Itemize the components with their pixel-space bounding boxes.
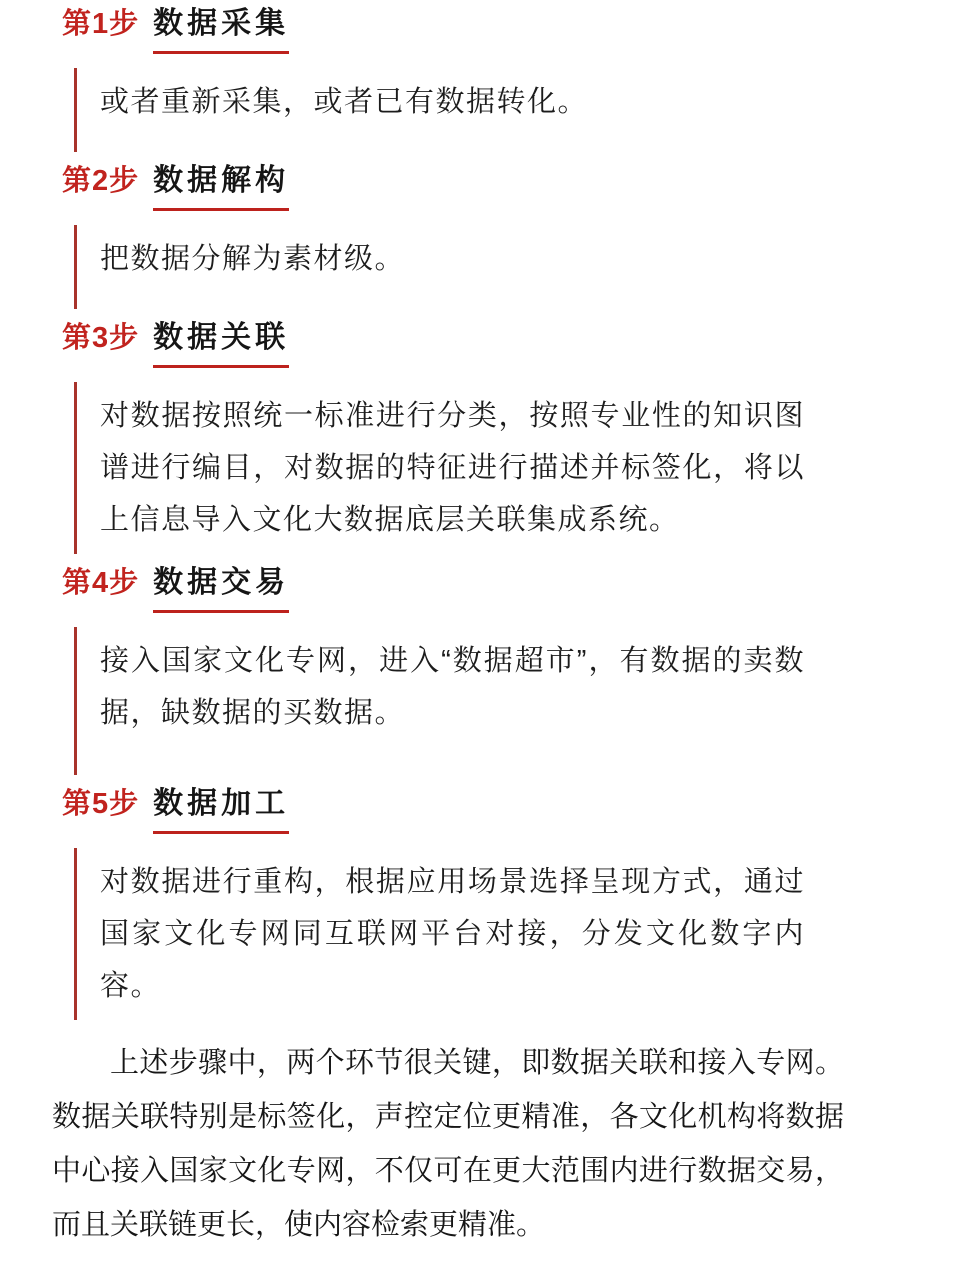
step-4-number-label: 第4步 bbox=[62, 565, 139, 601]
step-3-title-underline bbox=[153, 365, 289, 368]
step-3-body: 对数据按照统一标准进行分类，按照专业性的知识图谱进行编目，对数据的特征进行描述并… bbox=[0, 382, 970, 554]
step-5-header: 第5步 数据加工 bbox=[0, 786, 970, 834]
closing-paragraph: 上述步骤中，两个环节很关键，即数据关联和接入专网。数据关联特别是标签化，声控定位… bbox=[52, 1036, 844, 1252]
step-5-number-label: 第5步 bbox=[62, 786, 139, 822]
step-3-number-label: 第3步 bbox=[62, 320, 139, 356]
step-4-section: 第4步 数据交易 接入国家文化专网，进入“数据超市”，有数据的卖数据，缺数据的买… bbox=[0, 565, 970, 775]
step-2-body-text: 把数据分解为素材级。 bbox=[77, 225, 805, 309]
step-5-section: 第5步 数据加工 对数据进行重构，根据应用场景选择呈现方式，通过国家文化专网同互… bbox=[0, 786, 970, 1020]
step-2-title: 数据解构 bbox=[153, 163, 289, 199]
step-3-body-text: 对数据按照统一标准进行分类，按照专业性的知识图谱进行编目，对数据的特征进行描述并… bbox=[77, 382, 805, 554]
article-page: 第1步 数据采集 或者重新采集，或者已有数据转化。 第2步 数据解构 把数据分解… bbox=[0, 0, 970, 1252]
step-4-title-wrap: 数据交易 bbox=[153, 565, 289, 613]
step-3-header: 第3步 数据关联 bbox=[0, 320, 970, 368]
step-1-section: 第1步 数据采集 或者重新采集，或者已有数据转化。 bbox=[0, 6, 970, 152]
step-1-title-underline bbox=[153, 51, 289, 54]
step-4-body: 接入国家文化专网，进入“数据超市”，有数据的卖数据，缺数据的买数据。 bbox=[0, 627, 970, 775]
step-5-body: 对数据进行重构，根据应用场景选择呈现方式，通过国家文化专网同互联网平台对接，分发… bbox=[0, 848, 970, 1020]
step-5-title-wrap: 数据加工 bbox=[153, 786, 289, 834]
step-5-title: 数据加工 bbox=[153, 786, 289, 822]
step-2-header: 第2步 数据解构 bbox=[0, 163, 970, 211]
step-3-title-wrap: 数据关联 bbox=[153, 320, 289, 368]
step-3-title: 数据关联 bbox=[153, 320, 289, 356]
step-1-body: 或者重新采集，或者已有数据转化。 bbox=[0, 68, 970, 152]
step-2-title-wrap: 数据解构 bbox=[153, 163, 289, 211]
step-5-body-text: 对数据进行重构，根据应用场景选择呈现方式，通过国家文化专网同互联网平台对接，分发… bbox=[77, 848, 805, 1020]
step-2-title-underline bbox=[153, 208, 289, 211]
step-4-body-text: 接入国家文化专网，进入“数据超市”，有数据的卖数据，缺数据的买数据。 bbox=[77, 627, 805, 775]
step-5-title-underline bbox=[153, 831, 289, 834]
step-4-title: 数据交易 bbox=[153, 565, 289, 601]
step-2-body: 把数据分解为素材级。 bbox=[0, 225, 970, 309]
step-3-section: 第3步 数据关联 对数据按照统一标准进行分类，按照专业性的知识图谱进行编目，对数… bbox=[0, 320, 970, 554]
step-1-number-label: 第1步 bbox=[62, 6, 139, 42]
step-2-section: 第2步 数据解构 把数据分解为素材级。 bbox=[0, 163, 970, 309]
step-4-title-underline bbox=[153, 610, 289, 613]
step-2-number-label: 第2步 bbox=[62, 163, 139, 199]
step-1-title-wrap: 数据采集 bbox=[153, 6, 289, 54]
step-1-title: 数据采集 bbox=[153, 6, 289, 42]
step-4-header: 第4步 数据交易 bbox=[0, 565, 970, 613]
step-1-body-text: 或者重新采集，或者已有数据转化。 bbox=[77, 68, 805, 152]
step-1-header: 第1步 数据采集 bbox=[0, 6, 970, 54]
